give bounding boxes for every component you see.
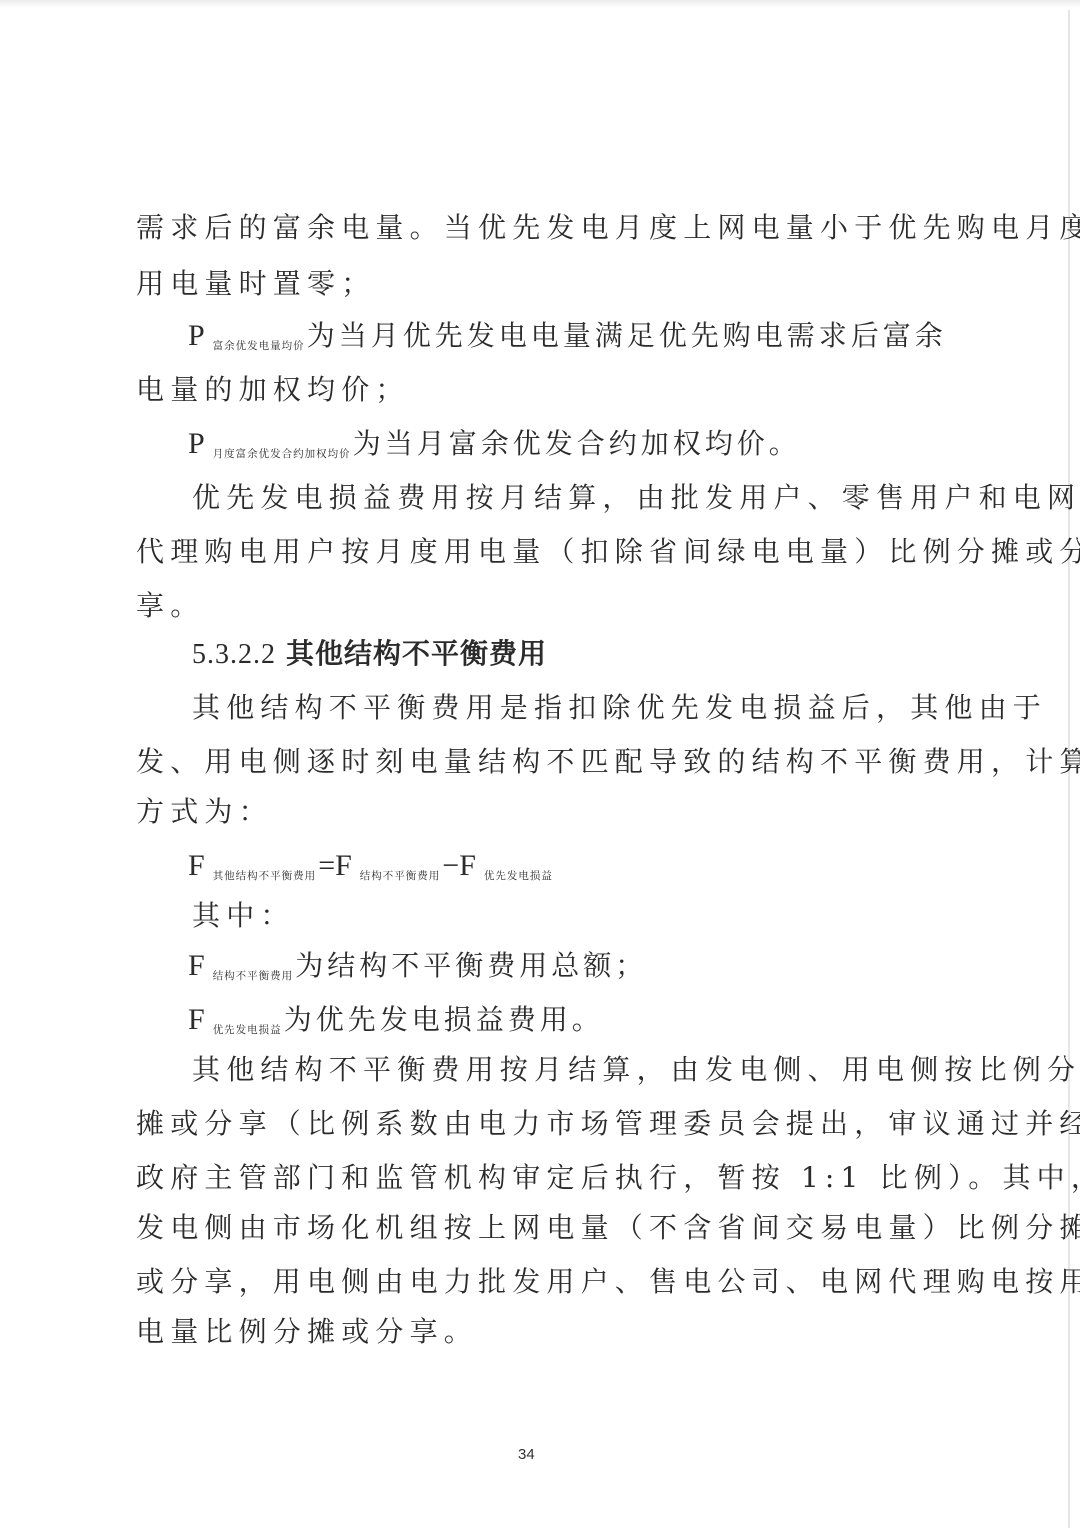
definition-text: 为结构不平衡费用总额； — [295, 949, 647, 982]
minus-sign: − — [442, 849, 459, 882]
paragraph-line: 优先发电损益费用按月结算，由批发用户、零售用户和电网 — [192, 478, 982, 518]
definition-p-monthly: P月度富余优发合约加权均价为当月富余优发合约加权均价。 — [188, 424, 801, 474]
definition-f-priority: F优先发电损益为优先发电损益费用。 — [188, 1000, 604, 1050]
section-number: 5.3.2.2 — [192, 639, 276, 670]
section-title: 其他结构不平衡费用 — [286, 637, 547, 670]
subscript: 其他结构不平衡费用 — [213, 870, 317, 882]
equals-sign: = — [318, 849, 335, 882]
formula: F其他结构不平衡费用=F结构不平衡费用−F优先发电损益 — [188, 846, 555, 896]
paragraph-line: 方式为： — [136, 792, 926, 832]
document-page: 需求后的富余电量。当优先发电月度上网电量小于优先购电月度 用电量时置零； P富余… — [0, 0, 1080, 1528]
subscript: 结构不平衡费用 — [360, 870, 441, 882]
paragraph-line: 或分享，用电侧由电力批发用户、售电公司、电网代理购电按用 — [136, 1262, 926, 1302]
paragraph-line: 代理购电用户按月度用电量（扣除省间绿电电量）比例分摊或分 — [136, 532, 926, 572]
symbol: F — [335, 849, 352, 882]
paragraph-line: 发、用电侧逐时刻电量结构不匹配导致的结构不平衡费用，计算 — [136, 742, 926, 782]
definition-text: 为当月富余优发合约加权均价。 — [353, 427, 801, 460]
symbol: F — [459, 849, 476, 882]
section-heading: 5.3.2.2其他结构不平衡费用 — [192, 634, 547, 675]
subscript: 优先发电损益 — [484, 870, 553, 882]
text-line: 需求后的富余电量。当优先发电月度上网电量小于优先购电月度 — [136, 208, 926, 248]
text-line: 用电量时置零； — [136, 264, 926, 304]
paragraph-line: 政府主管部门和监管机构审定后执行，暂按 1:1 比例）。其中， — [136, 1158, 926, 1198]
subscript: 结构不平衡费用 — [213, 970, 294, 982]
definition-text: 为当月优先发电电量满足优先购电需求后富余 — [307, 319, 947, 352]
definition-p-surplus: P富余优发电量均价为当月优先发电电量满足优先购电需求后富余 — [188, 316, 947, 366]
text-line: 电量的加权均价； — [136, 370, 926, 410]
paragraph-line: 其他结构不平衡费用是指扣除优先发电损益后，其他由于 — [192, 688, 982, 728]
paragraph-line: 享。 — [136, 586, 926, 626]
symbol: P — [188, 319, 205, 352]
subscript: 优先发电损益 — [213, 1024, 282, 1036]
subscript: 富余优发电量均价 — [213, 340, 305, 352]
definition-f-total: F结构不平衡费用为结构不平衡费用总额； — [188, 946, 647, 996]
where-label: 其中： — [192, 896, 982, 936]
subscript: 月度富余优发合约加权均价 — [213, 448, 351, 460]
symbol: F — [188, 949, 205, 982]
symbol: P — [188, 427, 205, 460]
symbol: F — [188, 849, 205, 882]
paragraph-line: 摊或分享（比例系数由电力市场管理委员会提出，审议通过并经 — [136, 1104, 926, 1144]
paragraph-line: 发电侧由市场化机组按上网电量（不含省间交易电量）比例分摊 — [136, 1208, 926, 1248]
symbol: F — [188, 1003, 205, 1036]
paragraph-line: 其他结构不平衡费用按月结算，由发电侧、用电侧按比例分 — [192, 1050, 982, 1090]
definition-text: 为优先发电损益费用。 — [284, 1003, 604, 1036]
paragraph-line: 电量比例分摊或分享。 — [136, 1312, 926, 1352]
page-number: 34 — [518, 1446, 535, 1463]
